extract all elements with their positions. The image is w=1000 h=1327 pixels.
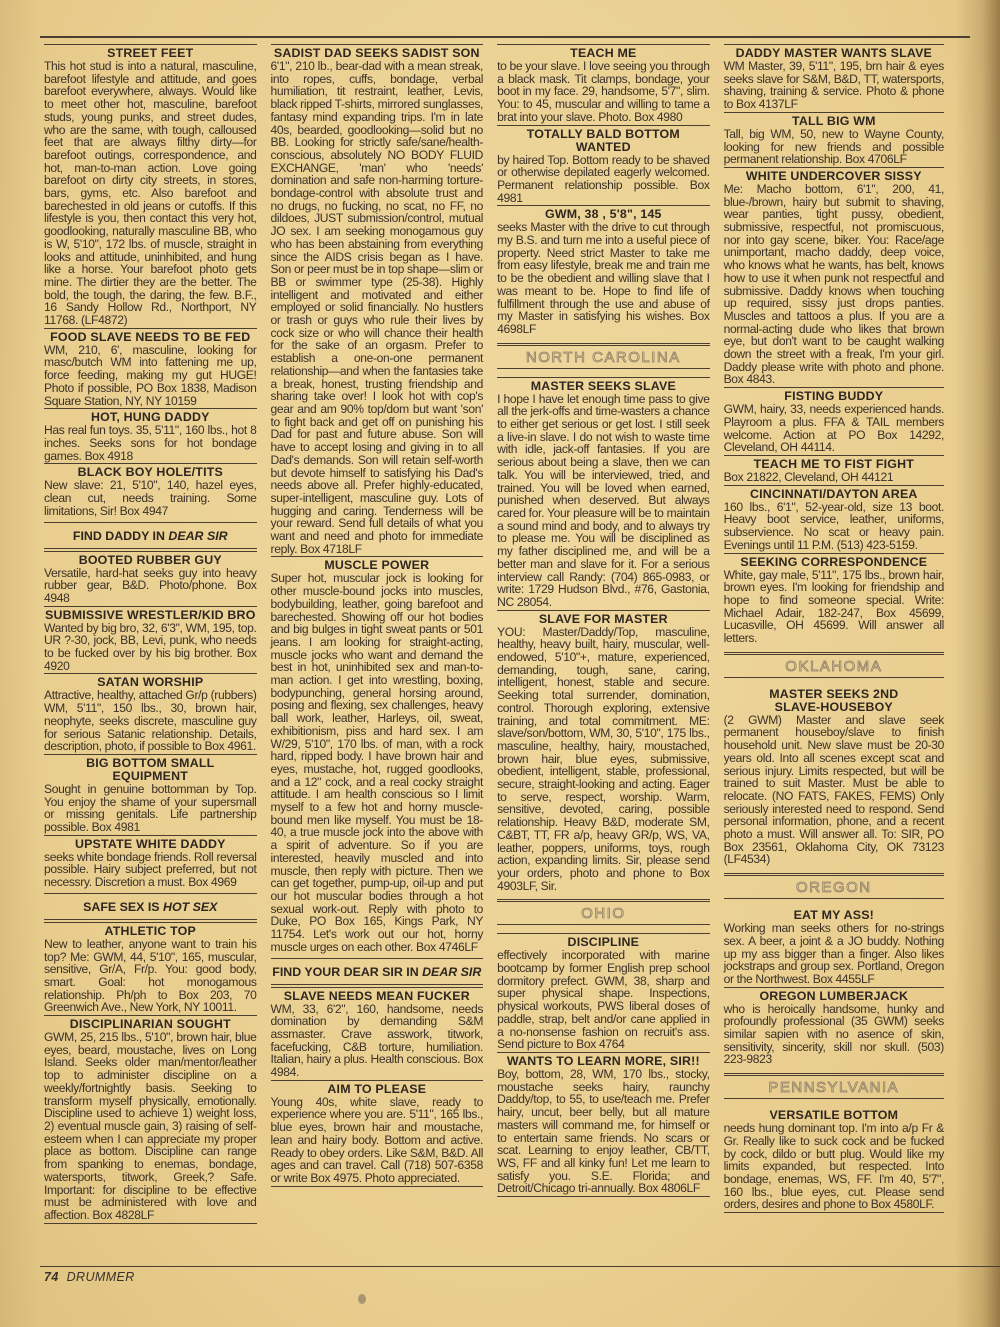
publication-title: DRUMMER: [67, 1270, 135, 1284]
classified-ad: ATHLETIC TOPNew to leather, anyone want …: [44, 922, 257, 1015]
promo-banner-text: FIND YOUR DEAR SIR IN: [272, 965, 422, 979]
classified-ad: SUBMISSIVE WRESTLER/KID BROWanted by big…: [44, 606, 257, 674]
classified-ad: TEACH MEto be your slave. I love seeing …: [497, 44, 710, 125]
column-1: STREET FEETThis hot stud is into a natur…: [44, 44, 257, 1266]
column-end-rule: [724, 1212, 944, 1213]
ad-body-text: Wanted by big bro, 32, 6'3", WM, 195, to…: [44, 622, 257, 673]
ad-body-text: YOU: Master/Daddy/Top, masculine, health…: [497, 626, 710, 893]
page-number: 74: [44, 1270, 59, 1284]
ad-body-text: WM, 210, 6', masculine, looking for masc…: [44, 344, 257, 408]
classified-ad: SLAVE FOR MASTERYOU: Master/Daddy/Top, m…: [497, 610, 710, 894]
ad-headline: SUBMISSIVE WRESTLER/KID BRO: [44, 609, 257, 622]
ad-body-text: This hot stud is into a natural, masculi…: [44, 60, 257, 327]
classified-ad: HOT, HUNG DADDYHas real fun toys. 35, 5'…: [44, 408, 257, 463]
promo-banner-text: SAFE SEX IS: [83, 900, 163, 914]
classified-ad: TALL BIG WMTall, big WM, 50, new to Wayn…: [724, 112, 944, 167]
classified-ad: AIM TO PLEASEYoung 40s, white slave, rea…: [271, 1080, 484, 1186]
promo-banner-text: FIND DADDY IN: [73, 529, 168, 543]
ad-headline: MASTER SEEKS SLAVE: [497, 380, 710, 393]
classified-ad: EAT MY ASS!Working man seeks others for …: [724, 907, 944, 987]
ad-body-text: Has real fun toys. 35, 5'11", 160 lbs., …: [44, 424, 257, 462]
ad-body-text: New slave: 21, 5'10", 140, hazel eyes, c…: [44, 479, 257, 517]
ad-body-text: Box 21822, Cleveland, OH 44121: [724, 471, 944, 484]
ad-body-text: Me: Macho bottom, 6'1", 200, 41, blue-/b…: [724, 183, 944, 386]
classified-ad: FISTING BUDDYGWM, hairy, 33, needs exper…: [724, 387, 944, 455]
ad-headline: OREGON LUMBERJACK: [724, 990, 944, 1003]
classified-ad: WANTS TO LEARN MORE, SIR!!Boy, bottom, 2…: [497, 1052, 710, 1196]
column-end-rule: [44, 1223, 257, 1224]
ad-headline: FOOD SLAVE NEEDS TO BE FED: [44, 331, 257, 344]
classified-ad: GWM, 38 , 5'8", 145seeks Master with the…: [497, 205, 710, 336]
classified-ad: FOOD SLAVE NEEDS TO BE FEDWM, 210, 6', m…: [44, 328, 257, 409]
ad-body-text: Sought in genuine bottomman by Top. You …: [44, 783, 257, 834]
state-section-heading-oklahoma: OKLAHOMA: [724, 652, 944, 678]
classifieds-columns: STREET FEETThis hot stud is into a natur…: [44, 44, 944, 1266]
classified-ad: SEEKING CORRESPONDENCEWhite, gay male, 5…: [724, 553, 944, 646]
state-section-heading-ohio: OHIO: [497, 899, 710, 925]
classified-ad: SADIST DAD SEEKS SADIST SON6'1", 210 lb.…: [271, 44, 484, 556]
ad-body-text: needs hung dominant top. I'm into a/p Fr…: [724, 1122, 944, 1211]
ad-body-text: I hope I have let enough time pass to gi…: [497, 393, 710, 609]
footer-rule: [40, 1266, 1000, 1267]
promo-banner-publication: HOT SEX: [163, 900, 217, 914]
classified-ad: VERSATILE BOTTOMneeds hung dominant top.…: [724, 1107, 944, 1212]
ad-body-text: White, gay male, 5'11", 175 lbs., brown …: [724, 569, 944, 645]
ad-body-text: 6'1", 210 lb., bear-dad with a mean stre…: [271, 60, 484, 555]
ad-body-text: WM Master, 39, 5'11", 195, brn hair & ey…: [724, 60, 944, 111]
ad-body-text: Super hot, muscular jock is looking for …: [271, 572, 484, 953]
column-2: SADIST DAD SEEKS SADIST SON6'1", 210 lb.…: [271, 44, 484, 1266]
ad-body-text: effectively incorporated with marine boo…: [497, 949, 710, 1051]
promo-banner: FIND DADDY IN DEAR SIR: [44, 522, 257, 549]
ad-body-text: Attractive, healthy, attached Gr/p (rubb…: [44, 689, 257, 753]
classified-ad: BLACK BOY HOLE/TITSNew slave: 21, 5'10",…: [44, 463, 257, 518]
classified-ad: MASTER SEEKS SLAVEI hope I have let enou…: [497, 377, 710, 610]
classified-ad: DADDY MASTER WANTS SLAVEWM Master, 39, 5…: [724, 44, 944, 112]
top-rule: [40, 36, 970, 38]
ad-body-text: seeks Master with the drive to cut throu…: [497, 221, 710, 335]
ad-body-text: GWM, 25, 215 lbs., 5'10", brown hair, bl…: [44, 1031, 257, 1222]
state-section-heading-north-carolina: NORTH CAROLINA: [497, 343, 710, 369]
ad-body-text: (2 GWM) Master and slave seek permanent …: [724, 714, 944, 866]
column-4: DADDY MASTER WANTS SLAVEWM Master, 39, 5…: [724, 44, 944, 1266]
promo-banner-publication: DEAR SIR: [168, 529, 227, 543]
classified-ad: OREGON LUMBERJACKwho is heroically hands…: [724, 987, 944, 1068]
ink-smudge: [358, 1294, 366, 1304]
ad-body-text: by haired Top. Bottom ready to be shaved…: [497, 154, 710, 205]
column-3: TEACH MEto be your slave. I love seeing …: [497, 44, 710, 1266]
classified-ad: STREET FEETThis hot stud is into a natur…: [44, 44, 257, 328]
state-section-heading-oregon: OREGON: [724, 873, 944, 899]
classified-ad: TOTALLY BALD BOTTOM WANTEDby haired Top.…: [497, 125, 710, 206]
classified-ad: BOOTED RUBBER GUYVersatile, hard-hat see…: [44, 551, 257, 606]
classified-ad: UPSTATE WHITE DADDYseeks white bondage f…: [44, 835, 257, 890]
ad-headline: SLAVE NEEDS MEAN FUCKER: [271, 990, 484, 1003]
column-end-rule: [271, 1186, 484, 1187]
ad-body-text: to be your slave. I love seeing you thro…: [497, 60, 710, 124]
ad-headline: SLAVE FOR MASTER: [497, 613, 710, 626]
ad-body-text: Boy, bottom, 28, WM, 170 lbs., stocky, m…: [497, 1068, 710, 1195]
column-end-rule: [497, 1196, 710, 1197]
ad-headline: MASTER SEEKS 2ND SLAVE-HOUSEBOY: [724, 688, 944, 714]
ad-headline: WHITE UNDERCOVER SISSY: [724, 170, 944, 183]
ad-headline: CINCINNATI/DAYTON AREA: [724, 488, 944, 501]
promo-banner: FIND YOUR DEAR SIR IN DEAR SIR: [271, 958, 484, 985]
promo-banner-publication: DEAR SIR: [422, 965, 481, 979]
ad-body-text: WM, 33, 6'2", 160, handsome, needs domin…: [271, 1003, 484, 1079]
classified-ad: DISCIPLINEeffectively incorporated with …: [497, 933, 710, 1052]
classified-ad: DISCIPLINARIAN SOUGHTGWM, 25, 215 lbs., …: [44, 1015, 257, 1223]
ad-body-text: seeks white bondage friends. Roll revers…: [44, 851, 257, 889]
ad-body-text: Versatile, hard-hat seeks guy into heavy…: [44, 567, 257, 605]
ad-headline: ATHLETIC TOP: [44, 925, 257, 938]
ad-headline: TALL BIG WM: [724, 115, 944, 128]
promo-banner: SAFE SEX IS HOT SEX: [44, 893, 257, 920]
ad-body-text: Working man seeks others for no-strings …: [724, 922, 944, 986]
page-footer: 74 DRUMMER: [44, 1270, 135, 1284]
ad-headline: BIG BOTTOM SMALL EQUIPMENT: [44, 757, 257, 783]
ad-headline: SEEKING CORRESPONDENCE: [724, 556, 944, 569]
ad-body-text: Young 40s, white slave, ready to experie…: [271, 1096, 484, 1185]
ad-headline: TOTALLY BALD BOTTOM WANTED: [497, 128, 710, 154]
state-section-heading-pennsylvania: PENNSYLVANIA: [724, 1073, 944, 1099]
classified-ad: SLAVE NEEDS MEAN FUCKERWM, 33, 6'2", 160…: [271, 987, 484, 1080]
classified-ad: BIG BOTTOM SMALL EQUIPMENTSought in genu…: [44, 754, 257, 835]
classified-ad: MASTER SEEKS 2ND SLAVE-HOUSEBOY(2 GWM) M…: [724, 686, 944, 867]
ad-body-text: GWM, hairy, 33, needs experienced hands.…: [724, 403, 944, 454]
ad-body-text: 160 lbs., 6'1", 52-year-old, size 13 boo…: [724, 501, 944, 552]
ad-body-text: Tall, big WM, 50, new to Wayne County, l…: [724, 128, 944, 166]
ad-headline: AIM TO PLEASE: [271, 1083, 484, 1096]
classified-ad: TEACH ME TO FIST FIGHTBox 21822, Clevela…: [724, 455, 944, 485]
classified-ad: WHITE UNDERCOVER SISSYMe: Macho bottom, …: [724, 167, 944, 387]
ad-headline: BOOTED RUBBER GUY: [44, 554, 257, 567]
classified-ad: SATAN WORSHIPAttractive, healthy, attach…: [44, 673, 257, 754]
ad-headline: UPSTATE WHITE DADDY: [44, 838, 257, 851]
ad-body-text: New to leather, anyone want to train his…: [44, 938, 257, 1014]
ad-body-text: who is heroically handsome, hunky and pr…: [724, 1003, 944, 1067]
classified-ad: CINCINNATI/DAYTON AREA160 lbs., 6'1", 52…: [724, 485, 944, 553]
classified-ad: MUSCLE POWERSuper hot, muscular jock is …: [271, 556, 484, 954]
